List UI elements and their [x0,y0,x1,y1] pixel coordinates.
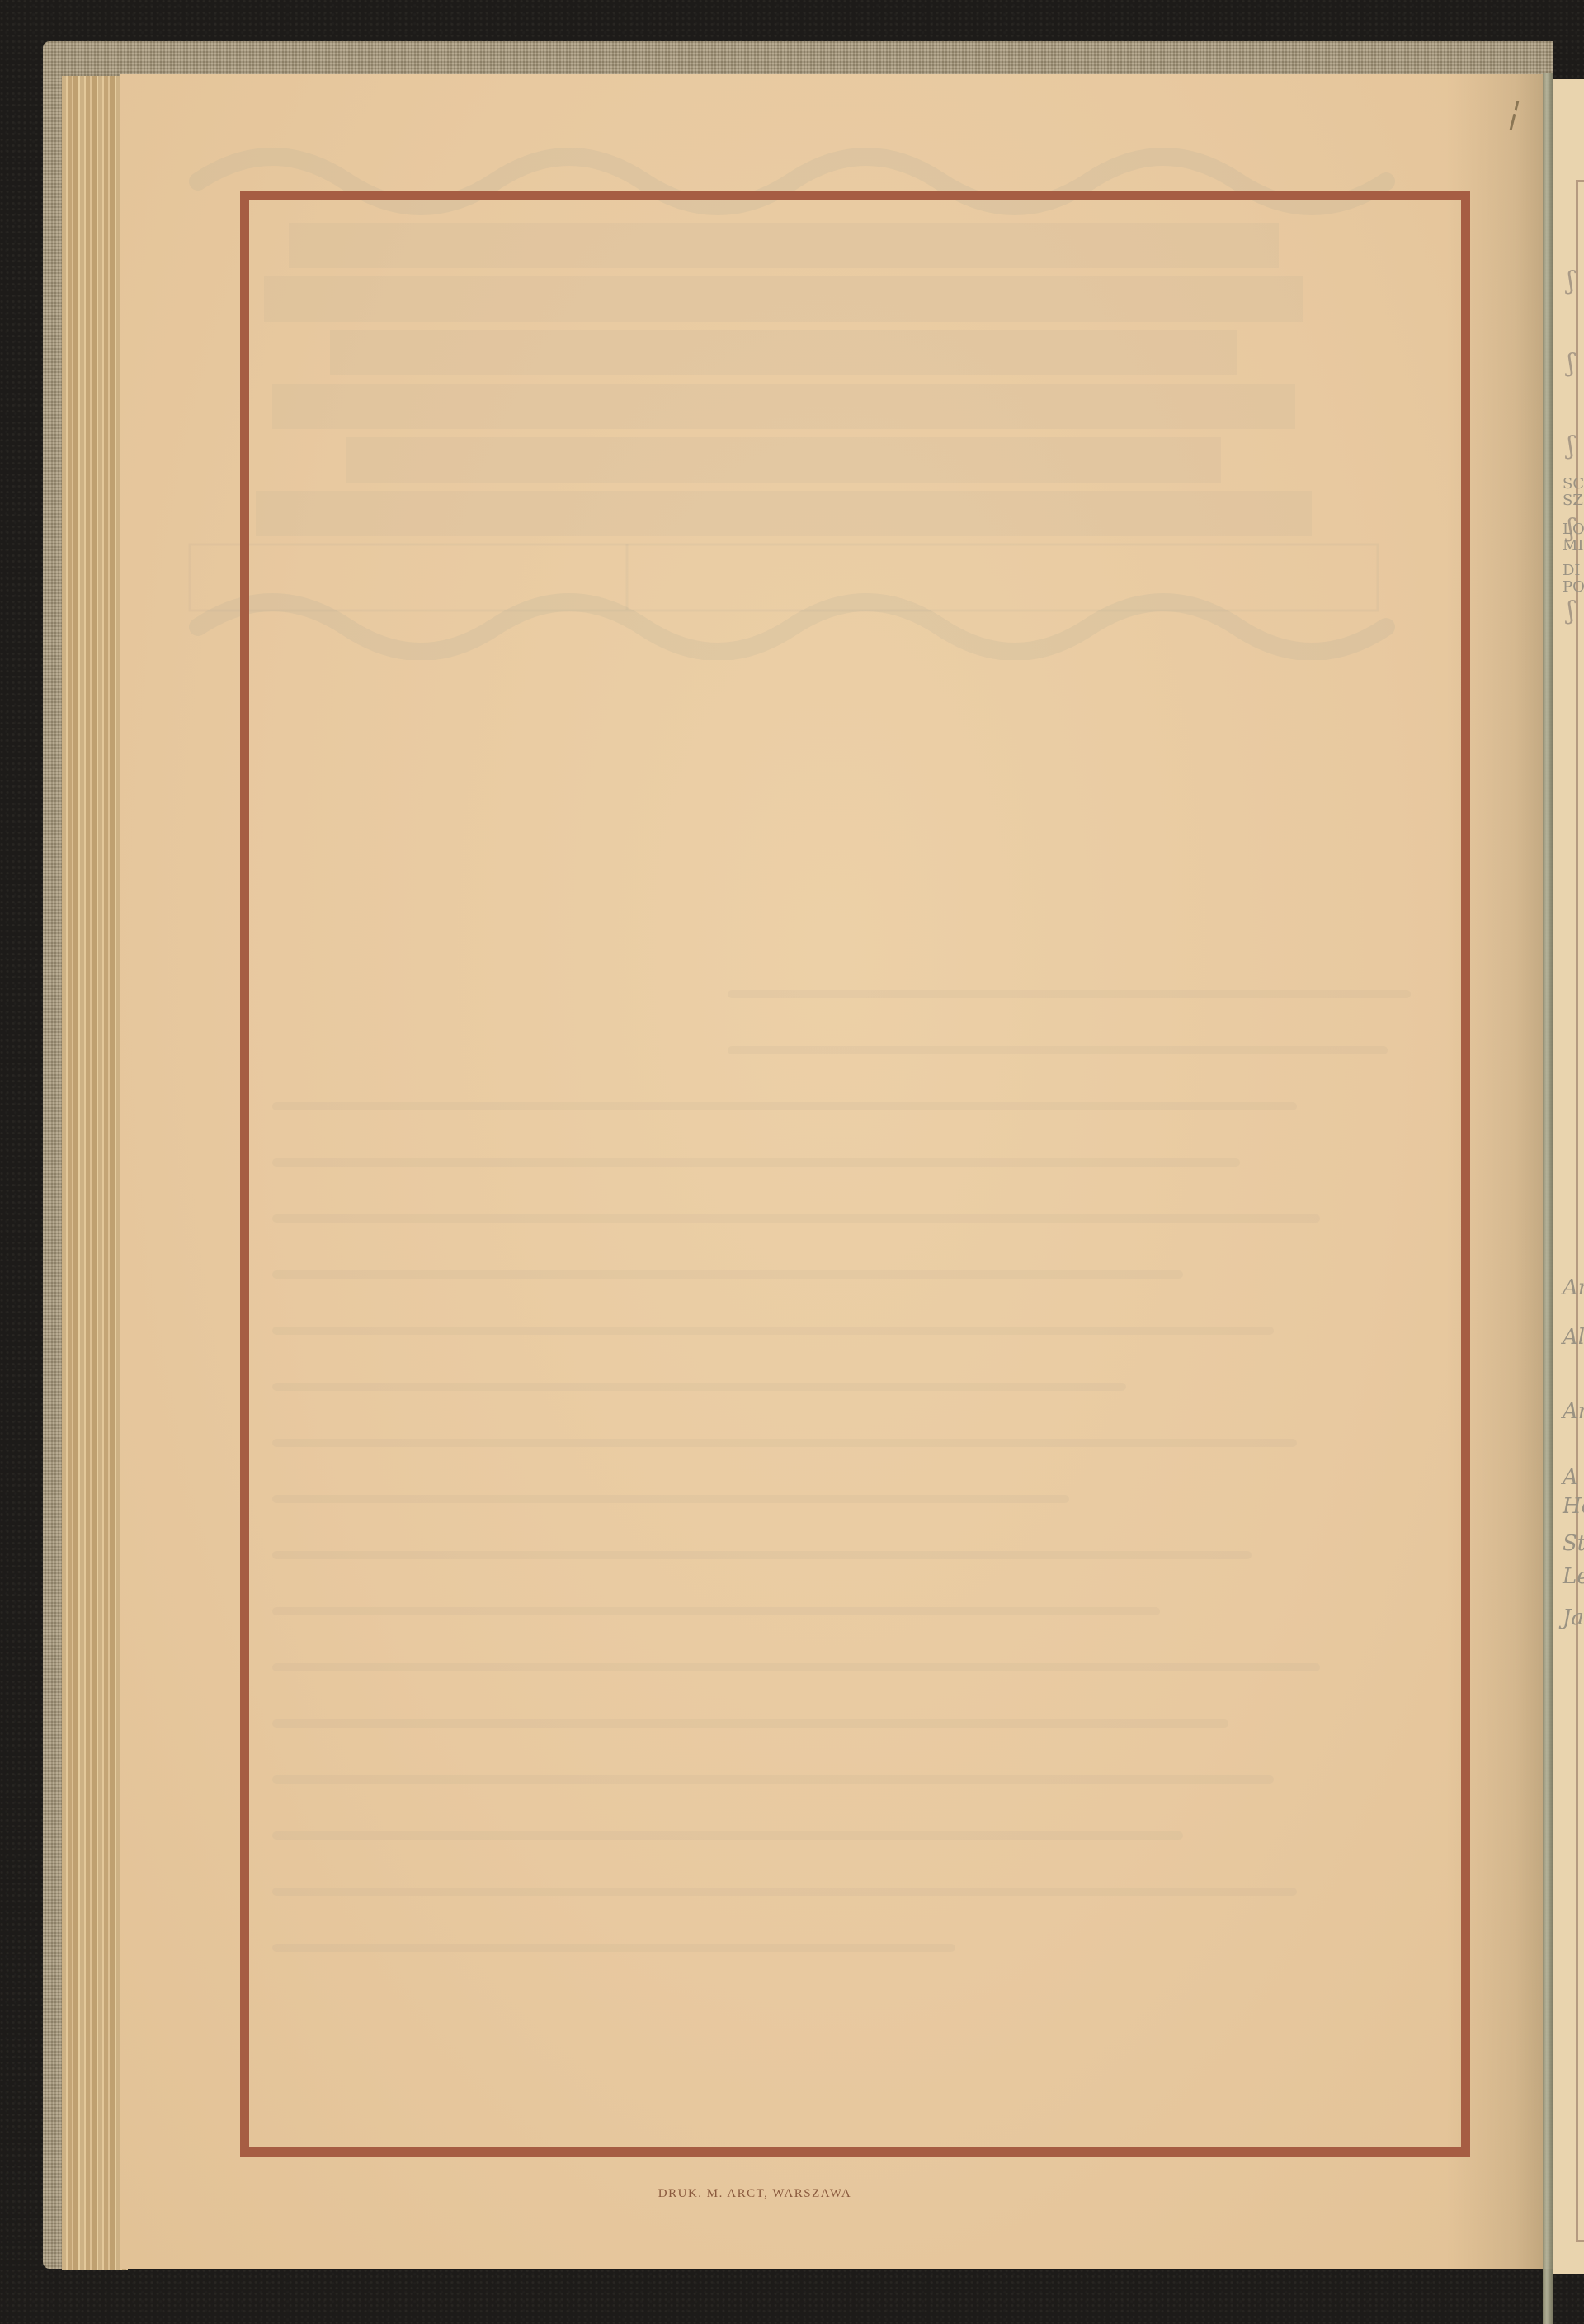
facing-handwriting: Leo [1563,1564,1584,1589]
page-edges [62,76,128,2270]
facing-fragment: PO [1563,578,1584,596]
facing-handwriting: Al [1563,1325,1584,1350]
facing-fragment: LO [1563,521,1584,538]
facing-page-edge: ʃ ʃ ʃ ʃ ʃ SC SZ LO MI DI PO An Al An A H… [1553,79,1584,2274]
facing-handwriting: An [1563,1399,1584,1424]
facing-handwriting: Jan [1563,1605,1584,1630]
facing-ornament-icon: ʃ [1567,269,1584,294]
facing-handwriting: An [1563,1275,1584,1300]
printer-imprint: DRUK. M. ARCT, WARSZAWA [0,2187,1584,2201]
facing-fragment: MI [1563,537,1584,554]
facing-ornament-icon: ʃ [1567,599,1584,624]
facing-fragment: SZ [1563,492,1583,509]
facing-handwriting: Ste [1563,1531,1584,1556]
facing-handwriting: A [1563,1465,1578,1490]
printer-imprint-text: DRUK. M. ARCT, WARSZAWA [658,2187,851,2201]
facing-ornament-icon: ʃ [1567,434,1584,459]
facing-ornament-icon: ʃ [1567,351,1584,376]
decorative-page-frame [240,191,1470,2157]
facing-handwriting: He [1563,1494,1584,1519]
facing-fragment: SC [1563,475,1584,493]
facing-fragment: DI [1563,562,1581,579]
gutter-seam [1543,73,1553,2324]
